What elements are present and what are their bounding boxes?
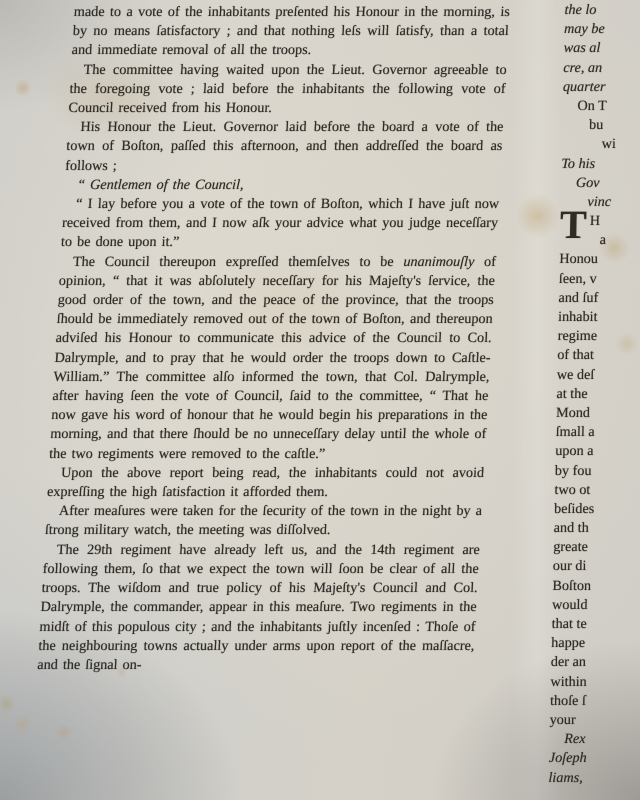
column-fragment-line: would [552,596,640,615]
column-fragment-line: TH [560,212,640,231]
text-segment: of opinion, “ that it was abſolutely nec… [49,254,497,462]
column-fragment-line: at the [556,385,640,404]
column-fragment-line: ſeen, v [559,270,640,289]
text-segment: “ Gentlemen of the Council, [77,177,244,193]
column-fragment-line: bu [562,116,640,135]
column-fragment-line: of that [557,346,640,365]
column-fragment-line: thoſe ſ [550,692,640,711]
column-fragment-line: To his [561,155,640,174]
column-fragment-line: Rex [549,730,640,749]
article-paragraph: The 29th regiment have already left us, … [37,541,481,675]
column-fragment-line: regime [557,327,640,346]
column-fragment-line: Joſeph [549,749,640,768]
article-paragraph: The Council thereupon expreſſed themſelv… [49,253,497,464]
column-fragment-line: your [549,711,640,730]
column-fragment-line: der an [551,653,640,672]
text-segment: His Honour the Lieut. Governor laid befo… [65,119,504,173]
column-fragment-line: and ſuf [558,289,640,308]
article-paragraph: Upon the above report being read, the in… [46,464,484,502]
text-segment: The 29th regiment have already left us, … [37,542,480,673]
column-fragment-line: liams, [548,769,640,788]
article-paragraph: After meaſures were taken for the ſecuri… [44,502,482,540]
column-fragment-line: may be [564,20,640,39]
text-segment: made to a vote of the inhabitants preſen… [71,4,510,58]
column-fragment-line: and th [553,519,640,538]
column-fragment-line: was al [564,39,640,58]
column-fragment-line: the lo [564,1,640,20]
column-fragment-line: two ot [554,481,640,500]
column-fragment-line: our di [553,557,640,576]
column-fragment-line: by fou [555,462,640,481]
column-fragment-line: wi [562,135,640,154]
article-paragraph: “ I lay before you a vote of the town of… [60,195,499,253]
column-fragment-line: upon a [555,442,640,461]
column-fragment-line: Gov [561,174,640,193]
column-fragment-line: cre, an [563,59,640,78]
column-fragment-line: greate [553,538,640,557]
text-segment: After meaſures were taken for the ſecuri… [44,503,482,538]
article-paragraph: made to a vote of the inhabitants preſen… [71,3,510,61]
column-fragment-line: ſmall a [555,423,640,442]
text-segment: The Council thereupon expreſſed themſelv… [72,254,403,270]
article-paragraph: His Honour the Lieut. Governor laid befo… [65,118,504,176]
column-fragment-line: inhabit [558,308,640,327]
text-segment: Upon the above report being read, the in… [47,465,485,500]
column-fragment-line: we deſ [557,366,640,385]
newspaper-page-scan: made to a vote of the inhabitants preſen… [0,0,640,800]
text-segment: unanimouſly [403,254,475,270]
article-column-left: made to a vote of the inhabitants preſen… [30,3,510,797]
column-fragment-line: that te [551,615,640,634]
column-fragment-line: On T [562,97,640,116]
article-paragraph: The committee having waited upon the Lie… [68,61,507,119]
article-column-right-clipped: the lomay bewas alcre, anquarterOn Tbuwi… [548,1,640,799]
column-fragment-line: beſides [554,500,640,519]
column-fragment-line: within [550,673,640,692]
column-fragment-line: quarter [563,78,640,97]
text-segment: “ I lay before you a vote of the town of… [61,196,500,250]
text-segment: The committee having waited upon the Lie… [68,62,507,116]
column-fragment-line: happe [551,634,640,653]
article-paragraph: “ Gentlemen of the Council, [64,176,501,195]
column-fragment-line: Boſton [552,577,640,596]
column-fragment-line: Honou [559,250,640,269]
column-fragment-line: Mond [556,404,640,423]
